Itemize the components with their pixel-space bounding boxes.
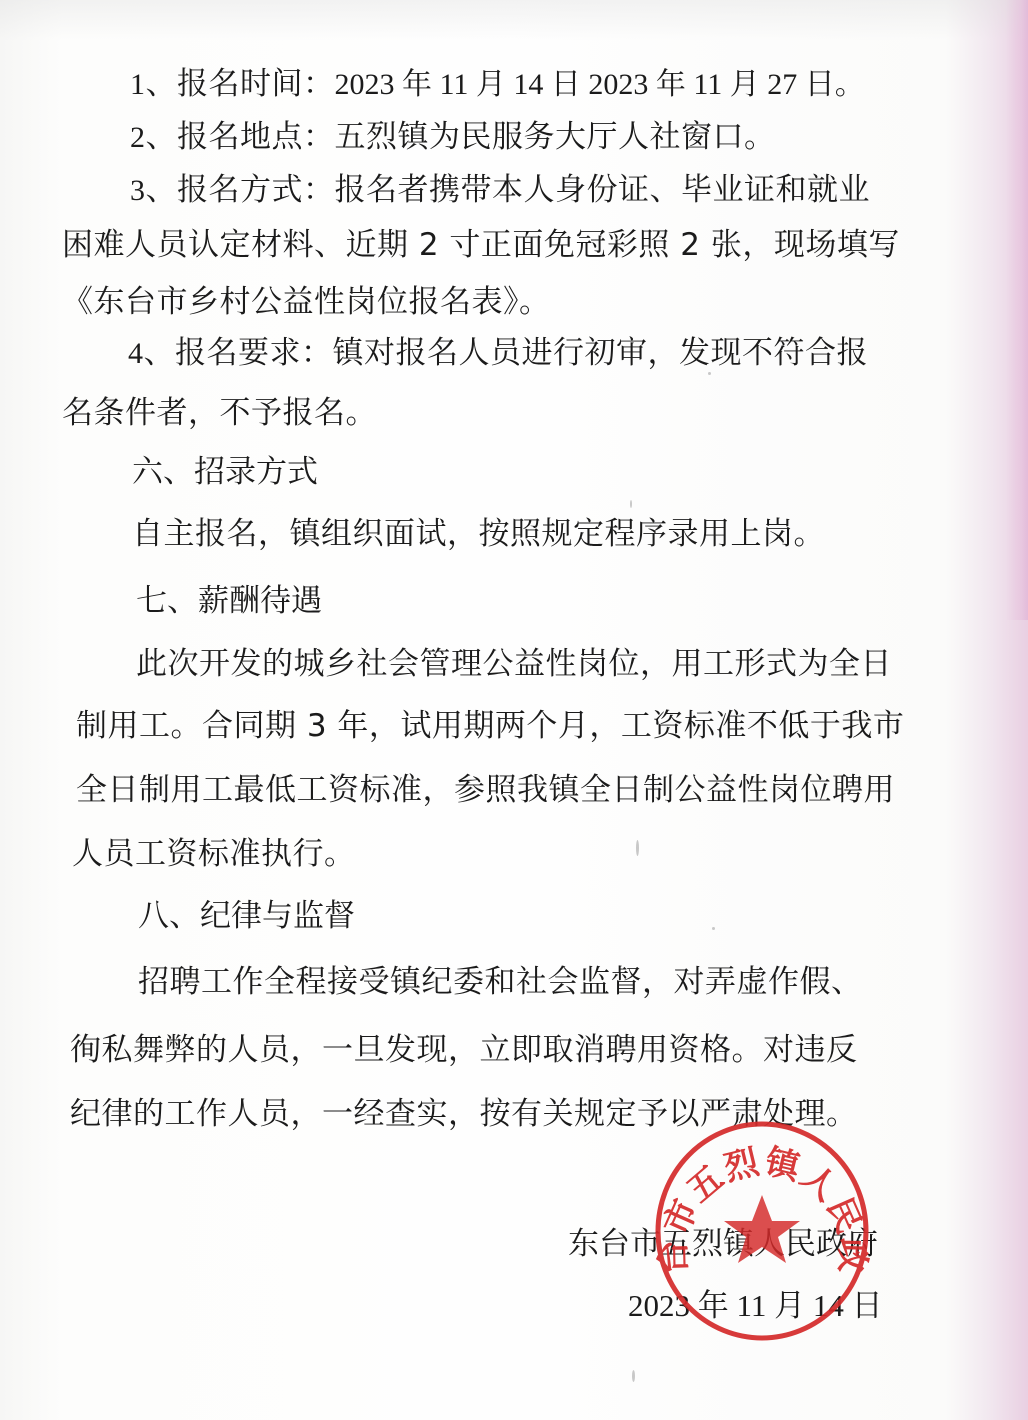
item-registration-location: 2、报名地点：五烈镇为民服务大厅人社窗口。	[130, 117, 776, 158]
section-paragraph-line: 人员工资标准执行。	[72, 834, 356, 874]
scan-edge	[1006, 0, 1028, 620]
section-heading-discipline-supervision: 八、纪律与监督	[138, 896, 355, 936]
item-number: 2	[130, 121, 146, 154]
item-label: 、报名要求：	[144, 335, 333, 371]
item-label: 、报名方式：	[146, 172, 335, 208]
item-label: 、报名地点：	[146, 119, 335, 155]
scan-speck	[632, 1370, 635, 1382]
section-heading-recruitment-method: 六、招录方式	[132, 452, 318, 492]
item-text-continued: 困难人员认定材料、近期 2 寸正面免冠彩照 2 张，现场填写	[62, 225, 900, 265]
section-paragraph-line: 自主报名，镇组织面试，按照规定程序录用上岗。	[132, 514, 825, 554]
section-paragraph-line: 此次开发的城乡社会管理公益性岗位，用工形式为全日	[136, 644, 892, 684]
item-text: 镇对报名人员进行初审，发现不符合报	[333, 335, 869, 371]
scan-speck	[636, 840, 639, 856]
scan-speck	[708, 372, 711, 375]
section-paragraph-line: 招聘工作全程接受镇纪委和社会监督，对弄虚作假、	[138, 962, 863, 1002]
section-paragraph-line: 制用工。合同期 3 年，试用期两个月，工资标准不低于我市	[76, 706, 904, 746]
item-number: 4	[128, 337, 144, 370]
item-registration-requirements: 4、报名要求：镇对报名人员进行初审，发现不符合报	[128, 333, 868, 374]
section-heading-compensation: 七、薪酬待遇	[136, 581, 322, 621]
item-text: 五烈镇为民服务大厅人社窗口。	[335, 119, 776, 155]
scan-speck	[630, 500, 632, 508]
item-number: 1	[130, 68, 146, 101]
item-registration-time: 1、报名时间：2023 年 11 月 14 日 2023 年 11 月 27 日…	[130, 64, 865, 105]
scan-shadow	[0, 0, 1028, 40]
item-text: 2023 年 11 月 14 日 2023 年 11 月 27 日。	[335, 68, 865, 101]
item-label: 、报名时间：	[146, 66, 335, 102]
document-page: 1、报名时间：2023 年 11 月 14 日 2023 年 11 月 27 日…	[0, 0, 1028, 1420]
signature-date: 2023 年 11 月 14 日	[628, 1286, 883, 1326]
item-text-continued: 《东台市乡村公益性岗位报名表》。	[62, 282, 551, 322]
item-text-continued: 名条件者，不予报名。	[62, 393, 377, 433]
signature-organization: 东台市五烈镇人民政府	[568, 1224, 878, 1264]
item-text: 报名者携带本人身份证、毕业证和就业	[335, 172, 871, 208]
item-number: 3	[130, 174, 146, 207]
section-paragraph-line: 徇私舞弊的人员，一旦发现，立即取消聘用资格。对违反	[70, 1030, 858, 1070]
scan-speck	[712, 927, 715, 930]
section-paragraph-line: 纪律的工作人员，一经查实，按有关规定予以严肃处理。	[70, 1094, 858, 1134]
section-paragraph-line: 全日制用工最低工资标准，参照我镇全日制公益性岗位聘用	[76, 770, 895, 810]
item-registration-method: 3、报名方式：报名者携带本人身份证、毕业证和就业	[130, 170, 870, 211]
